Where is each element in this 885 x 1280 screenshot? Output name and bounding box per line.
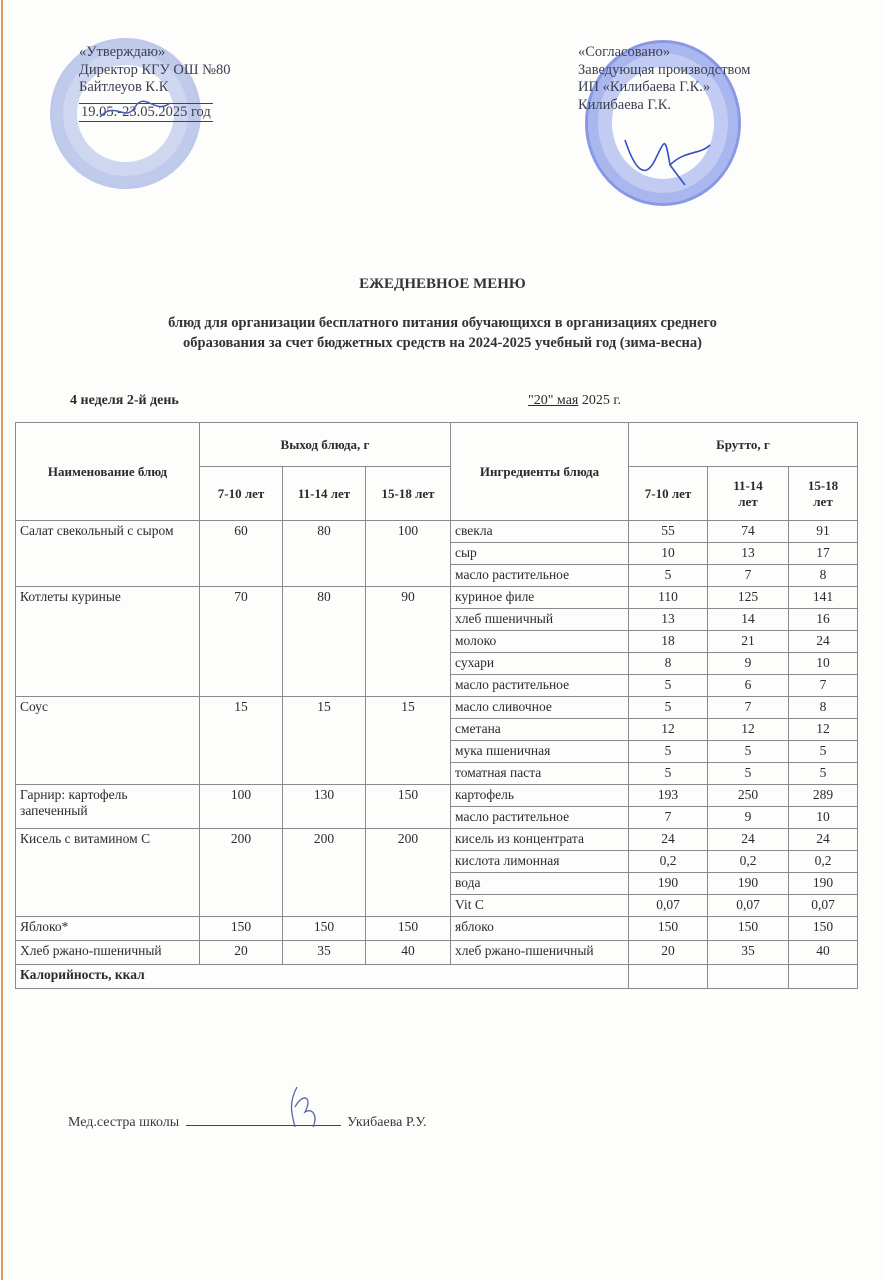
ingredient-name: масло растительное: [451, 807, 629, 829]
ingredient-brutto: 110: [629, 587, 708, 609]
ingredient-name: масло растительное: [451, 675, 629, 697]
ingredient-brutto: 13: [708, 543, 789, 565]
subtitle-line-1: блюд для организации бесплатного питания…: [0, 313, 885, 333]
col-ingredients-header: Ингредиенты блюда: [451, 423, 629, 521]
menu-date: "20" мая 2025 г.: [528, 393, 621, 409]
ingredient-name: картофель: [451, 785, 629, 807]
ingredient-name: хлеб пшеничный: [451, 609, 629, 631]
col-yield-header: Выход блюда, г: [200, 423, 451, 467]
date-year: 2025 г.: [578, 393, 621, 408]
brutto-age-header: 15-18 лет: [789, 467, 858, 521]
dish-name: Яблоко*: [16, 917, 200, 941]
dish-yield: 20: [200, 941, 283, 965]
director-signature-icon: [95, 95, 175, 125]
approval-heading: «Утверждаю»: [79, 44, 230, 62]
ingredient-brutto: 5: [789, 741, 858, 763]
ingredient-name: масло сливочное: [451, 697, 629, 719]
ingredient-brutto: 5: [789, 763, 858, 785]
ingredient-brutto: 24: [708, 829, 789, 851]
nurse-name: Укибаева Р.У.: [347, 1115, 426, 1130]
ingredient-brutto: 0,2: [708, 851, 789, 873]
ingredient-brutto: 0,07: [789, 895, 858, 917]
ingredient-name: сметана: [451, 719, 629, 741]
ingredient-name: томатная паста: [451, 763, 629, 785]
approval-position: Заведующая производством: [578, 62, 750, 80]
subtitle-line-2: образования за счет бюджетных средств на…: [0, 333, 885, 353]
approval-position: Директор КГУ ОШ №80: [79, 62, 230, 80]
nurse-role: Мед.сестра школы: [68, 1115, 179, 1130]
dish-yield: 80: [283, 587, 366, 697]
ingredient-brutto: 5: [629, 697, 708, 719]
dish-yield: 100: [200, 785, 283, 829]
ingredient-brutto: 7: [708, 697, 789, 719]
table-row: Кисель с витамином С200200200кисель из к…: [16, 829, 858, 851]
ingredient-brutto: 35: [708, 941, 789, 965]
ingredient-brutto: 5: [629, 675, 708, 697]
ingredient-brutto: 7: [789, 675, 858, 697]
table-row: Соус151515масло сливочное578: [16, 697, 858, 719]
ingredient-brutto: 190: [629, 873, 708, 895]
ingredient-brutto: 16: [789, 609, 858, 631]
ingredient-brutto: 13: [629, 609, 708, 631]
ingredient-name: кислота лимонная: [451, 851, 629, 873]
date-day: "20" мая: [528, 393, 578, 408]
ingredient-brutto: 150: [789, 917, 858, 941]
menu-table: Наименование блюд Выход блюда, г Ингреди…: [15, 422, 858, 989]
ingredient-brutto: 91: [789, 521, 858, 543]
dish-yield: 70: [200, 587, 283, 697]
ingredient-brutto: 250: [708, 785, 789, 807]
ingredient-brutto: 289: [789, 785, 858, 807]
dish-yield: 100: [366, 521, 451, 587]
ingredient-brutto: 8: [789, 697, 858, 719]
calories-value: [708, 965, 789, 989]
nurse-signature-icon: [283, 1082, 323, 1132]
ingredient-brutto: 12: [629, 719, 708, 741]
ingredient-brutto: 0,2: [789, 851, 858, 873]
dish-name: Хлеб ржано-пшеничный: [16, 941, 200, 965]
table-row: Гарнир: картофель запеченный100130150кар…: [16, 785, 858, 807]
ingredient-name: кисель из концентрата: [451, 829, 629, 851]
dish-yield: 150: [366, 785, 451, 829]
calories-value: [789, 965, 858, 989]
dish-yield: 150: [200, 917, 283, 941]
ingredient-brutto: 5: [629, 565, 708, 587]
dish-yield: 40: [366, 941, 451, 965]
dish-yield: 35: [283, 941, 366, 965]
page-edge: [1, 0, 3, 1280]
ingredient-brutto: 10: [629, 543, 708, 565]
production-signature-icon: [615, 130, 715, 190]
ingredient-brutto: 125: [708, 587, 789, 609]
ingredient-brutto: 190: [708, 873, 789, 895]
ingredient-brutto: 5: [708, 741, 789, 763]
ingredient-name: мука пшеничная: [451, 741, 629, 763]
page-title: ЕЖЕДНЕВНОЕ МЕНЮ: [0, 276, 885, 293]
ingredient-brutto: 5: [629, 741, 708, 763]
ingredient-brutto: 5: [629, 763, 708, 785]
ingredient-brutto: 150: [629, 917, 708, 941]
dish-yield: 90: [366, 587, 451, 697]
ingredient-brutto: 150: [708, 917, 789, 941]
dish-yield: 130: [283, 785, 366, 829]
ingredient-brutto: 5: [708, 763, 789, 785]
ingredient-brutto: 10: [789, 653, 858, 675]
dish-yield: 200: [200, 829, 283, 917]
ingredient-name: хлеб ржано-пшеничный: [451, 941, 629, 965]
table-row: Хлеб ржано-пшеничный203540хлеб ржано-пше…: [16, 941, 858, 965]
dish-name: Соус: [16, 697, 200, 785]
ingredient-brutto: 18: [629, 631, 708, 653]
ingredient-brutto: 141: [789, 587, 858, 609]
dish-yield: 150: [283, 917, 366, 941]
calories-row: Калорийность, ккал: [16, 965, 858, 989]
ingredient-brutto: 17: [789, 543, 858, 565]
ingredient-name: молоко: [451, 631, 629, 653]
calories-value: [629, 965, 708, 989]
dish-name: Котлеты куриные: [16, 587, 200, 697]
col-dish-header: Наименование блюд: [16, 423, 200, 521]
ingredient-brutto: 74: [708, 521, 789, 543]
ingredient-name: вода: [451, 873, 629, 895]
yield-age-header: 7-10 лет: [200, 467, 283, 521]
approval-heading: «Согласовано»: [578, 44, 750, 62]
table-row: Яблоко*150150150яблоко150150150: [16, 917, 858, 941]
dish-yield: 15: [283, 697, 366, 785]
dish-name: Гарнир: картофель запеченный: [16, 785, 200, 829]
dish-yield: 60: [200, 521, 283, 587]
ingredient-name: Vit C: [451, 895, 629, 917]
ingredient-brutto: 14: [708, 609, 789, 631]
col-brutto-header: Брутто, г: [629, 423, 858, 467]
ingredient-name: сухари: [451, 653, 629, 675]
ingredient-brutto: 193: [629, 785, 708, 807]
ingredient-name: куриное филе: [451, 587, 629, 609]
dish-yield: 200: [366, 829, 451, 917]
approval-company: ИП «Килибаева Г.К.»: [578, 79, 750, 97]
approval-person: Байтлеуов К.К: [79, 79, 230, 97]
ingredient-brutto: 8: [629, 653, 708, 675]
ingredient-brutto: 10: [789, 807, 858, 829]
ingredient-name: свекла: [451, 521, 629, 543]
dish-name: Кисель с витамином С: [16, 829, 200, 917]
table-row: Котлеты куриные708090куриное филе1101251…: [16, 587, 858, 609]
ingredient-brutto: 9: [708, 807, 789, 829]
ingredient-brutto: 0,2: [629, 851, 708, 873]
page-subtitle: блюд для организации бесплатного питания…: [0, 313, 885, 353]
brutto-age-header: 11-14 лет: [708, 467, 789, 521]
calories-label: Калорийность, ккал: [16, 965, 629, 989]
ingredient-brutto: 190: [789, 873, 858, 895]
ingredient-name: яблоко: [451, 917, 629, 941]
ingredient-brutto: 21: [708, 631, 789, 653]
yield-age-header: 15-18 лет: [366, 467, 451, 521]
dish-yield: 200: [283, 829, 366, 917]
ingredient-brutto: 24: [629, 829, 708, 851]
ingredient-brutto: 7: [629, 807, 708, 829]
ingredient-brutto: 20: [629, 941, 708, 965]
ingredient-brutto: 7: [708, 565, 789, 587]
dish-yield: 150: [366, 917, 451, 941]
ingredient-brutto: 12: [789, 719, 858, 741]
ingredient-brutto: 12: [708, 719, 789, 741]
ingredient-brutto: 55: [629, 521, 708, 543]
brutto-age-header: 7-10 лет: [629, 467, 708, 521]
ingredient-brutto: 8: [789, 565, 858, 587]
ingredient-brutto: 0,07: [629, 895, 708, 917]
nurse-signature-line: Мед.сестра школы Укибаева Р.У.: [68, 1113, 427, 1131]
dish-name: Салат свекольный с сыром: [16, 521, 200, 587]
ingredient-brutto: 24: [789, 631, 858, 653]
dish-yield: 15: [200, 697, 283, 785]
approval-block-production: «Согласовано» Заведующая производством И…: [578, 44, 750, 114]
ingredient-brutto: 6: [708, 675, 789, 697]
approval-person: Килибаева Г.К.: [578, 97, 750, 115]
ingredient-name: сыр: [451, 543, 629, 565]
ingredient-name: масло растительное: [451, 565, 629, 587]
ingredient-brutto: 40: [789, 941, 858, 965]
dish-yield: 80: [283, 521, 366, 587]
table-row: Салат свекольный с сыром6080100свекла557…: [16, 521, 858, 543]
dish-yield: 15: [366, 697, 451, 785]
ingredient-brutto: 9: [708, 653, 789, 675]
ingredient-brutto: 0,07: [708, 895, 789, 917]
ingredient-brutto: 24: [789, 829, 858, 851]
yield-age-header: 11-14 лет: [283, 467, 366, 521]
week-day-label: 4 неделя 2-й день: [70, 393, 179, 409]
